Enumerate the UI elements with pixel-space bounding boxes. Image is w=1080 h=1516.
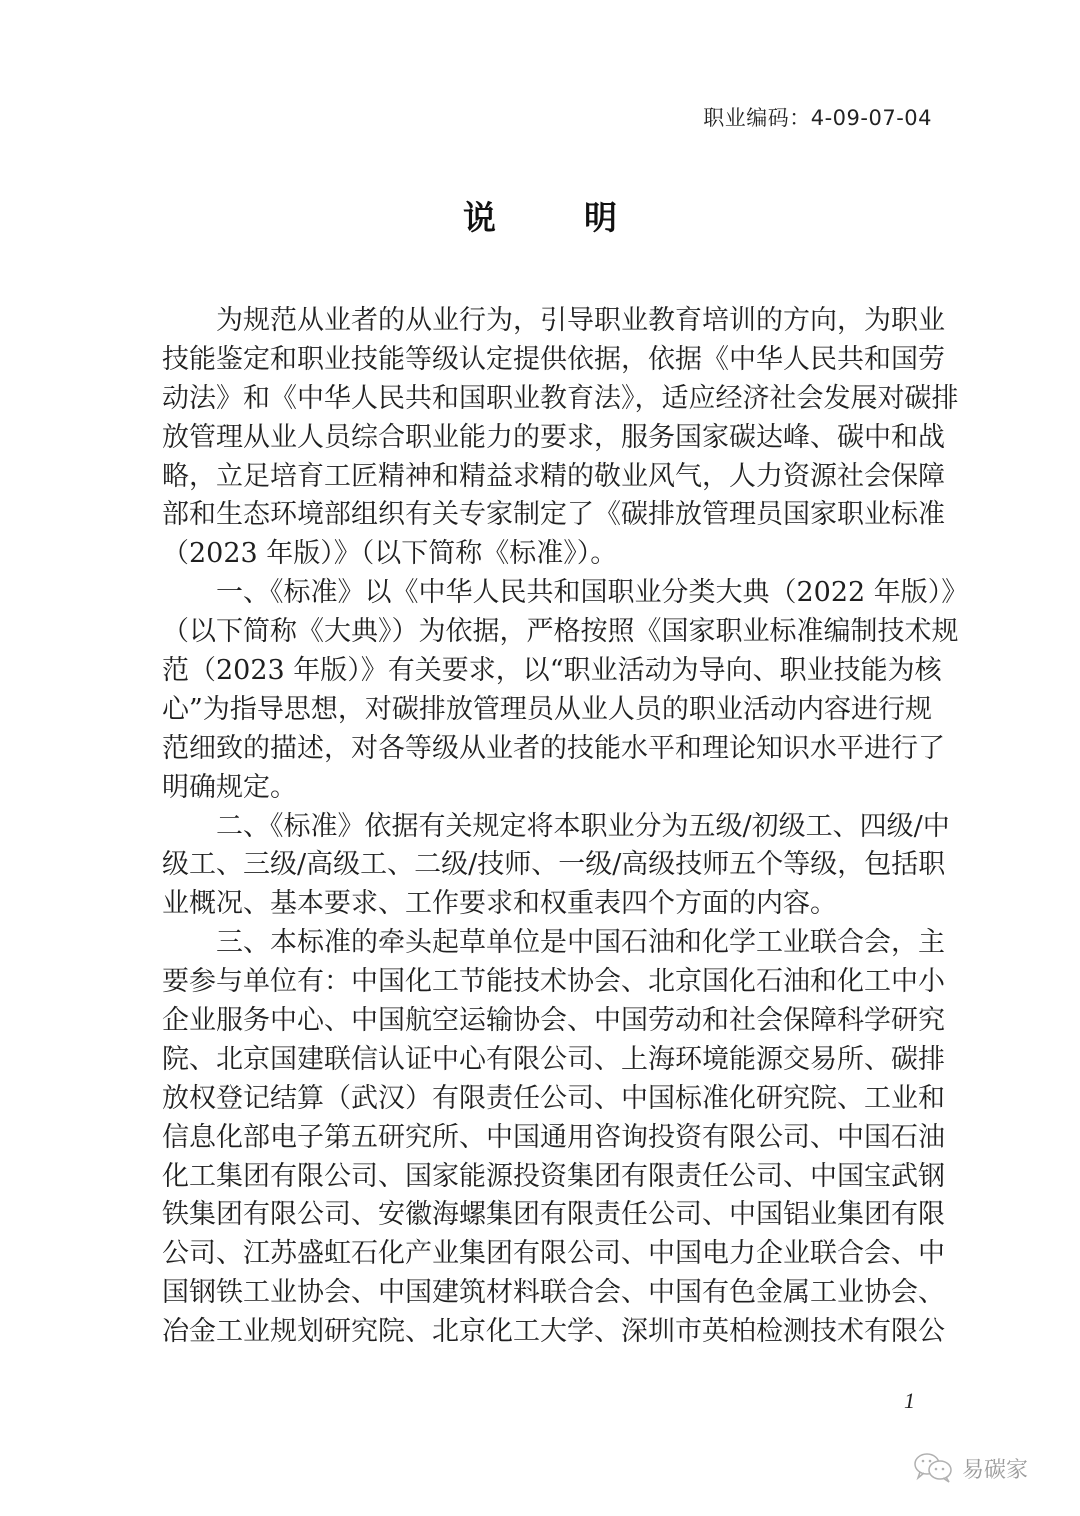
text-line: 冶金工业规划研究院、北京化工大学、深圳市英柏检测技术有限公 <box>162 1313 932 1352</box>
text-line: 范（2023 年版）》有关要求，以“职业活动为导向、职业技能为核 <box>162 652 932 691</box>
watermark-text: 易碳家 <box>962 1453 1028 1484</box>
occupation-code: 职业编码：4-09-07-04 <box>703 102 932 132</box>
text-line: 国钢铁工业协会、中国建筑材料联合会、中国有色金属工业协会、 <box>162 1274 932 1313</box>
text-line: 动法》和《中华人民共和国职业教育法》，适应经济社会发展对碳排 <box>162 380 932 419</box>
text-line: 级工、三级/高级工、二级/技师、一级/高级技师五个等级，包括职 <box>162 846 932 885</box>
text-line: 放权登记结算（武汉）有限责任公司、中国标准化研究院、工业和 <box>162 1080 932 1119</box>
title-char-1: 说 <box>463 192 496 239</box>
text-line: 院、北京国建联信认证中心有限公司、上海环境能源交易所、碳排 <box>162 1041 932 1080</box>
text-line: 范细致的描述，对各等级从业者的技能水平和理论知识水平进行了 <box>162 730 932 769</box>
watermark: 易碳家 <box>912 1452 1028 1484</box>
text-line: 放管理从业人员综合职业能力的要求，服务国家碳达峰、碳中和战 <box>162 419 932 458</box>
text-line: 明确规定。 <box>162 769 932 808</box>
text-line: 二、《标准》依据有关规定将本职业分为五级/初级工、四级/中 <box>162 808 932 847</box>
text-line: 为规范从业者的从业行为，引导职业教育培训的方向，为职业 <box>162 302 932 341</box>
page-number: 1 <box>904 1388 915 1414</box>
text-line: 企业服务中心、中国航空运输协会、中国劳动和社会保障科学研究 <box>162 1002 932 1041</box>
text-line: 心”为指导思想，对碳排放管理员从业人员的职业活动内容进行规 <box>162 691 932 730</box>
text-line: 一、《标准》以《中华人民共和国职业分类大典（2022 年版）》 <box>162 574 932 613</box>
text-line: 化工集团有限公司、国家能源投资集团有限责任公司、中国宝武钢 <box>162 1158 932 1197</box>
text-line: （2023 年版）》（以下简称《标准》）。 <box>162 535 932 574</box>
wechat-icon <box>912 1452 956 1484</box>
text-line: 信息化部电子第五研究所、中国通用咨询投资有限公司、中国石油 <box>162 1119 932 1158</box>
text-line: 三、本标准的牵头起草单位是中国石油和化学工业联合会，主 <box>162 924 932 963</box>
document-body: 为规范从业者的从业行为，引导职业教育培训的方向，为职业技能鉴定和职业技能等级认定… <box>162 302 932 1352</box>
text-line: 业概况、基本要求、工作要求和权重表四个方面的内容。 <box>162 885 932 924</box>
text-line: 技能鉴定和职业技能等级认定提供依据，依据《中华人民共和国劳 <box>162 341 932 380</box>
text-line: 部和生态环境部组织有关专家制定了《碳排放管理员国家职业标准 <box>162 496 932 535</box>
text-line: 要参与单位有：中国化工节能技术协会、北京国化石油和化工中小 <box>162 963 932 1002</box>
text-line: 略，立足培育工匠精神和精益求精的敬业风气，人力资源社会保障 <box>162 458 932 497</box>
text-line: （以下简称《大典》）为依据，严格按照《国家职业标准编制技术规 <box>162 613 932 652</box>
text-line: 铁集团有限公司、安徽海螺集团有限责任公司、中国铝业集团有限 <box>162 1196 932 1235</box>
page-title: 说明 <box>0 192 1080 239</box>
text-line: 公司、江苏盛虹石化产业集团有限公司、中国电力企业联合会、中 <box>162 1235 932 1274</box>
title-char-2: 明 <box>584 192 617 239</box>
